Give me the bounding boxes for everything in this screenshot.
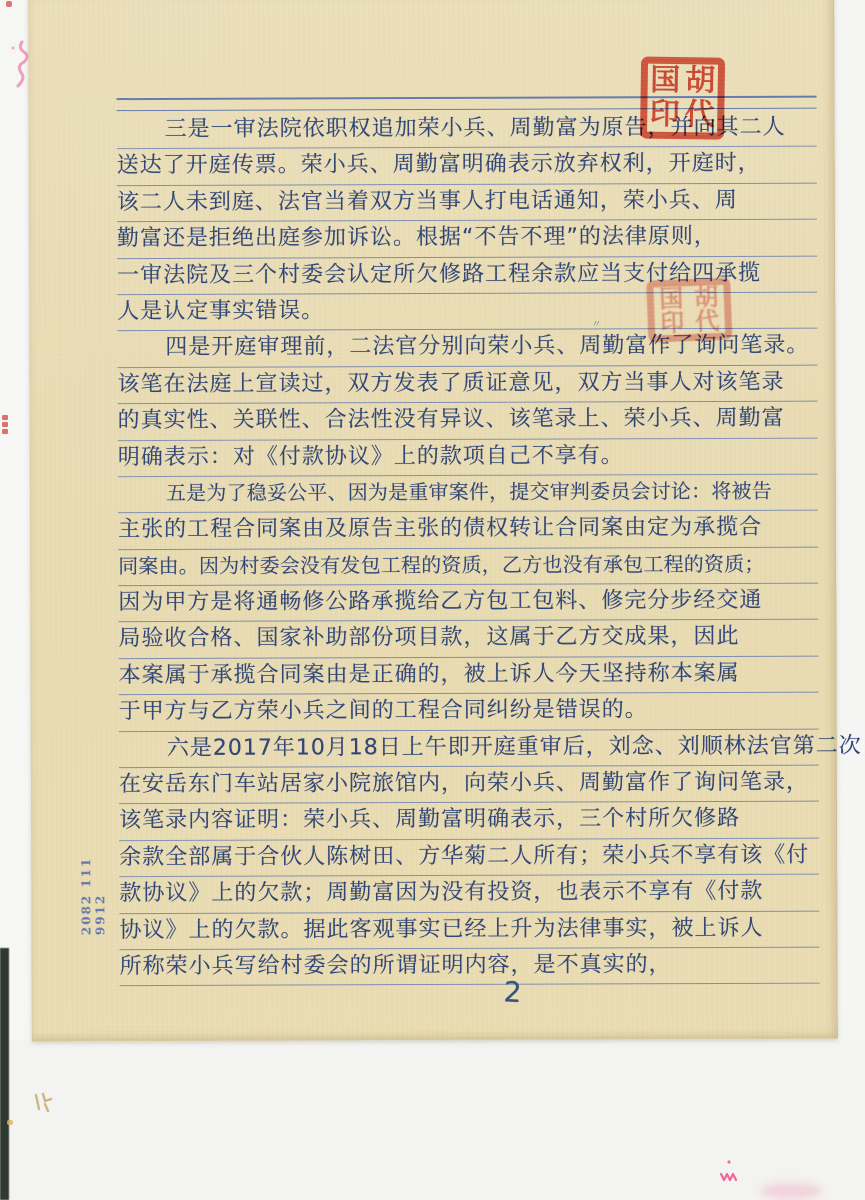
- seal-char: 代: [695, 309, 720, 334]
- seal-char: 印: [660, 310, 685, 335]
- handwritten-line: 该笔在法庭上宣读过，双方发表了质证意见，双方当事人对该笔录: [117, 365, 817, 404]
- scanner-right-margin: [834, 0, 865, 1200]
- handwritten-line: 五是为了稳妥公平、因为是重审案件，提交审判委员会讨论：将被告: [118, 475, 818, 514]
- handwritten-line: 协议》上的欠款。据此客观事实已经上升为法律事实，被上诉人: [119, 911, 819, 950]
- seal-char: 胡: [685, 66, 715, 96]
- handwritten-line: 于甲方与乙方荣小兵之间的工程合同纠纷是错误的。: [119, 693, 819, 732]
- seal-char: 印: [650, 100, 680, 130]
- handwritten-line: 同案由。因为村委会没有发包工程的资质，乙方也没有承包工程的资质；: [118, 547, 818, 586]
- yellow-speck: [7, 1120, 13, 1125]
- handwritten-line: 余款全部属于合伙人陈树田、方华菊二人所有；荣小兵不享有该《付: [119, 838, 819, 877]
- scanned-page: 三是一审法院依职权追加荣小兵、周勤富为原告，并向其二人 送达了开庭传票。荣小兵、…: [28, 0, 838, 1041]
- handwritten-line: 明确表示：对《付款协议》上的款项自己不享有。: [118, 438, 818, 477]
- seal-char: 代: [685, 100, 715, 130]
- name-seal-middle: 国 胡 印 代: [646, 278, 732, 343]
- handwritten-line: 主张的工程合同案由及原告主张的债权转让合同案由定为承揽合: [118, 511, 818, 550]
- red-dash-marks: [167, 1189, 201, 1197]
- handwritten-line: 本案属于承揽合同案由是正确的，被上诉人今天坚持称本案属: [118, 657, 818, 696]
- name-seal-top-right: 国 胡 印 代: [640, 57, 725, 140]
- handwritten-line: 局验收合格、国家补助部份项目款，这属于乙方交成果，因此: [118, 620, 818, 659]
- handwritten-line: 因为甲方是将通畅修公路承揽给乙方包工包料、修完分步经交通: [118, 584, 818, 623]
- yellow-scribble-mark: [30, 1092, 56, 1114]
- red-speck: [6, 1, 12, 7]
- scan-canvas: 三是一审法院依职权追加荣小兵、周勤富为原告，并向其二人 送达了开庭传票。荣小兵、…: [0, 0, 865, 1200]
- handwritten-line: 款协议》上的欠款；周勤富因为没有投资，也表示不享有《付款: [119, 875, 819, 914]
- red-edge-mark: [2, 413, 10, 441]
- pink-squiggle-mark: [8, 38, 32, 94]
- pink-w-mark: [718, 1158, 740, 1184]
- handwritten-line: 该二人未到庭、法官当着双方当事人打电话通知，荣小兵、周: [117, 183, 817, 222]
- handwritten-line: 的真实性、关联性、合法性没有异议、该笔录上、荣小兵、周勤富: [118, 402, 818, 441]
- seal-char: 国: [650, 66, 680, 96]
- scan-edge-shadow: [0, 948, 9, 1200]
- handwriting-block: 三是一审法院依职权追加荣小兵、周勤富为原告，并向其二人 送达了开庭传票。荣小兵、…: [117, 111, 820, 987]
- handwritten-line: 送达了开庭传票。荣小兵、周勤富明确表示放弃权利，开庭时，: [117, 147, 817, 186]
- handwritten-line: 所称荣小兵写给村委会的所谓证明内容，是不真实的，: [120, 948, 820, 987]
- handwritten-line: 勤富还是拒绝出庭参加诉讼。根据“不告不理”的法律原则，: [117, 220, 817, 259]
- handwritten-line: 六是2017年10月18日上午即开庭重审后，刘念、刘顺林法官第二次: [119, 729, 819, 768]
- insertion-mark: 〃: [591, 315, 601, 330]
- handwritten-line: 在安岳东门车站居家小院旅馆内，向荣小兵、周勤富作了询问笔录，: [119, 766, 819, 805]
- pink-smudge: [760, 1183, 822, 1199]
- handwritten-line: 该笔录内容证明：荣小兵、周勤富明确表示，三个村所欠修路: [119, 802, 819, 841]
- margin-number-stamp: 2082 111 9912: [79, 831, 107, 935]
- page-number: 2: [503, 975, 522, 1009]
